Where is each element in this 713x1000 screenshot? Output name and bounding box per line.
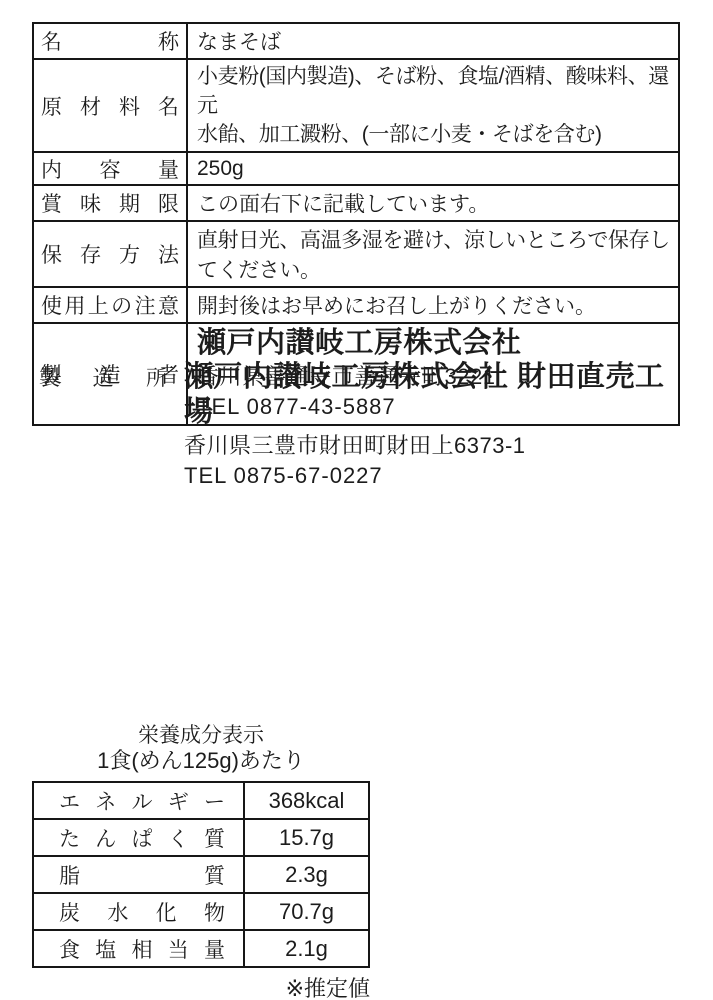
nutrition-label-fat: 脂質: [33, 856, 244, 893]
manufacturing-site-value: 瀬戸内讃岐工房株式会社 財田直売工場 香川県三豊市財田町財田上6373-1 TE…: [174, 360, 680, 491]
spec-label-text: 保存方法: [41, 239, 179, 269]
table-row: 脂質 2.3g: [33, 856, 369, 893]
nutrition-value-protein: 15.7g: [244, 819, 369, 856]
spec-label-ingredients: 原材料名: [33, 59, 187, 152]
nutrition-label-text: 脂質: [59, 860, 225, 890]
table-row: 原材料名 小麦粉(国内製造)、そば粉、食塩/酒精、酸味料、還元 水飴、加工澱粉、…: [33, 59, 679, 152]
spec-value-storage: 直射日光、高温多湿を避け、涼しいところで保存してください。: [187, 221, 679, 287]
nutrition-label-protein: たんぱく質: [33, 819, 244, 856]
nutrition-label-energy: エネルギー: [33, 782, 244, 819]
spec-label-name: 名称: [33, 23, 187, 59]
table-row: たんぱく質 15.7g: [33, 819, 369, 856]
spec-value-caution: 開封後はお早めにお召し上がりください。: [187, 287, 679, 323]
nutrition-label-salt: 食塩相当量: [33, 930, 244, 967]
nutrition-label-text: 炭水化物: [59, 897, 225, 927]
nutrition-value-salt: 2.1g: [244, 930, 369, 967]
table-row: 炭水化物 70.7g: [33, 893, 369, 930]
spec-label-text: 内容量: [41, 154, 179, 184]
spec-label-net-content: 内容量: [33, 152, 187, 185]
nutrition-serving-size: 1食(めん125g)あたり: [32, 748, 370, 774]
spec-value-best-before: この面右下に記載しています。: [187, 185, 679, 221]
nutrition-title: 栄養成分表示: [32, 723, 370, 748]
table-row: 賞味期限 この面右下に記載しています。: [33, 185, 679, 221]
site-company-name: 瀬戸内讃岐工房株式会社 財田直売工場: [184, 360, 680, 430]
nutrition-value-energy: 368kcal: [244, 782, 369, 819]
manufacturer-company-name: 瀬戸内讃岐工房株式会社: [197, 326, 670, 361]
nutrition-value-carbohydrate: 70.7g: [244, 893, 369, 930]
spec-label-text: 名称: [41, 26, 179, 56]
table-row: 使用上の注意 開封後はお早めにお召し上がりください。: [33, 287, 679, 323]
spec-label-text: 使用上の注意: [41, 290, 179, 320]
spec-value-net-content: 250g: [187, 152, 679, 185]
nutrition-estimate-note: ※推定値: [32, 977, 370, 1000]
nutrition-label-text: 食塩相当量: [59, 934, 225, 964]
manufacturing-site-label: 製造所: [32, 360, 174, 397]
spec-label-text: 原材料名: [41, 91, 179, 121]
nutrition-table: エネルギー 368kcal たんぱく質 15.7g 脂質 2.3g 炭水化物: [32, 781, 370, 968]
nutrition-facts-block: 栄養成分表示 1食(めん125g)あたり エネルギー 368kcal たんぱく質…: [32, 723, 370, 1000]
spec-label-best-before: 賞味期限: [33, 185, 187, 221]
food-label-page: { "label_table": { "rows": [ {"label": "…: [0, 0, 713, 1000]
table-row: 保存方法 直射日光、高温多湿を避け、涼しいところで保存してください。: [33, 221, 679, 287]
spec-label-caution: 使用上の注意: [33, 287, 187, 323]
table-row: 食塩相当量 2.1g: [33, 930, 369, 967]
nutrition-value-fat: 2.3g: [244, 856, 369, 893]
nutrition-label-text: エネルギー: [59, 786, 225, 816]
spec-label-text: 賞味期限: [41, 188, 179, 218]
manufacturing-site-block: 製造所 瀬戸内讃岐工房株式会社 財田直売工場 香川県三豊市財田町財田上6373-…: [32, 360, 680, 491]
spec-value-ingredients: 小麦粉(国内製造)、そば粉、食塩/酒精、酸味料、還元 水飴、加工澱粉、(一部に小…: [187, 59, 679, 152]
nutrition-label-text: たんぱく質: [59, 823, 225, 853]
table-row: エネルギー 368kcal: [33, 782, 369, 819]
spec-label-storage: 保存方法: [33, 221, 187, 287]
site-address: 香川県三豊市財田町財田上6373-1: [184, 431, 680, 461]
spec-value-name: なまそば: [187, 23, 679, 59]
nutrition-label-carbohydrate: 炭水化物: [33, 893, 244, 930]
table-row: 内容量 250g: [33, 152, 679, 185]
table-row: 名称 なまそば: [33, 23, 679, 59]
site-tel: TEL 0875-67-0227: [184, 461, 680, 491]
